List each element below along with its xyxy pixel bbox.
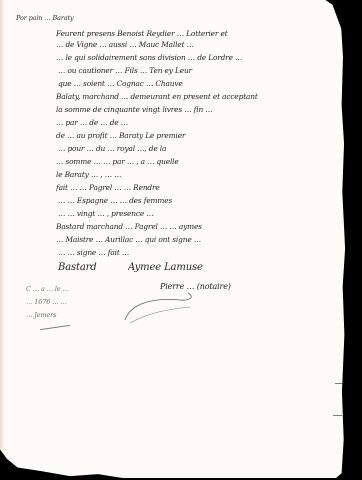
underline-stroke bbox=[40, 325, 70, 330]
signature-bastard: Bastard bbox=[58, 262, 138, 273]
registration-line-1: C … a … le … bbox=[26, 285, 136, 293]
body-line-8: … par … de … de … bbox=[56, 118, 346, 127]
body-line-18: … … signe … fait … bbox=[58, 248, 348, 257]
registration-line-2: … 1676 … … bbox=[26, 298, 136, 306]
body-line-6: Balaty, marchand … demeurant en present … bbox=[56, 92, 348, 101]
body-line-5: que … soient … Cognac … Chauve bbox=[58, 79, 343, 88]
margin-heading: Por pain … Baraty bbox=[16, 14, 126, 22]
signature-aymee-lamuse: Aymee Lamuse bbox=[128, 262, 238, 273]
body-line-7: la somme de cinquante vingt livres … fin… bbox=[56, 105, 348, 114]
manuscript-page: Por pain … Baraty Feurent presens Benois… bbox=[0, 0, 350, 478]
body-line-16: Bastard marchand … Pagrel … … aymes bbox=[56, 222, 348, 231]
body-line-10: … pour … du … royal …, de la bbox=[58, 144, 348, 153]
body-line-12: le Baraty … , … … bbox=[56, 170, 348, 179]
body-line-1: Feurent presens Benoist Reydier … Lotter… bbox=[56, 27, 348, 39]
body-line-9: de … au profit … Baraty Le premier bbox=[56, 131, 346, 140]
edge-mark bbox=[335, 383, 343, 384]
body-line-11: … somme … … par … , a … quelle bbox=[56, 157, 348, 166]
edge-mark bbox=[333, 415, 342, 416]
body-line-15: … … vingt … , presence … bbox=[58, 209, 348, 218]
body-line-3: … le qui solidairement sans division … d… bbox=[56, 53, 348, 62]
body-line-14: … … Espagne … … des femmes bbox=[58, 196, 346, 205]
registration-line-3: … Jemers bbox=[26, 311, 116, 319]
body-line-17: … Maistre … Aurillac … qui ont signe … bbox=[56, 235, 348, 244]
body-line-4: … ou cautioner … Fils … Ten ey Leur bbox=[58, 66, 348, 75]
body-line-2: … de Vigne … aussi … Mauc Mallet … bbox=[56, 40, 348, 49]
body-line-13: fait … … Pagrel … … Rendre bbox=[56, 183, 346, 192]
paper-edge-stain bbox=[0, 0, 4, 478]
